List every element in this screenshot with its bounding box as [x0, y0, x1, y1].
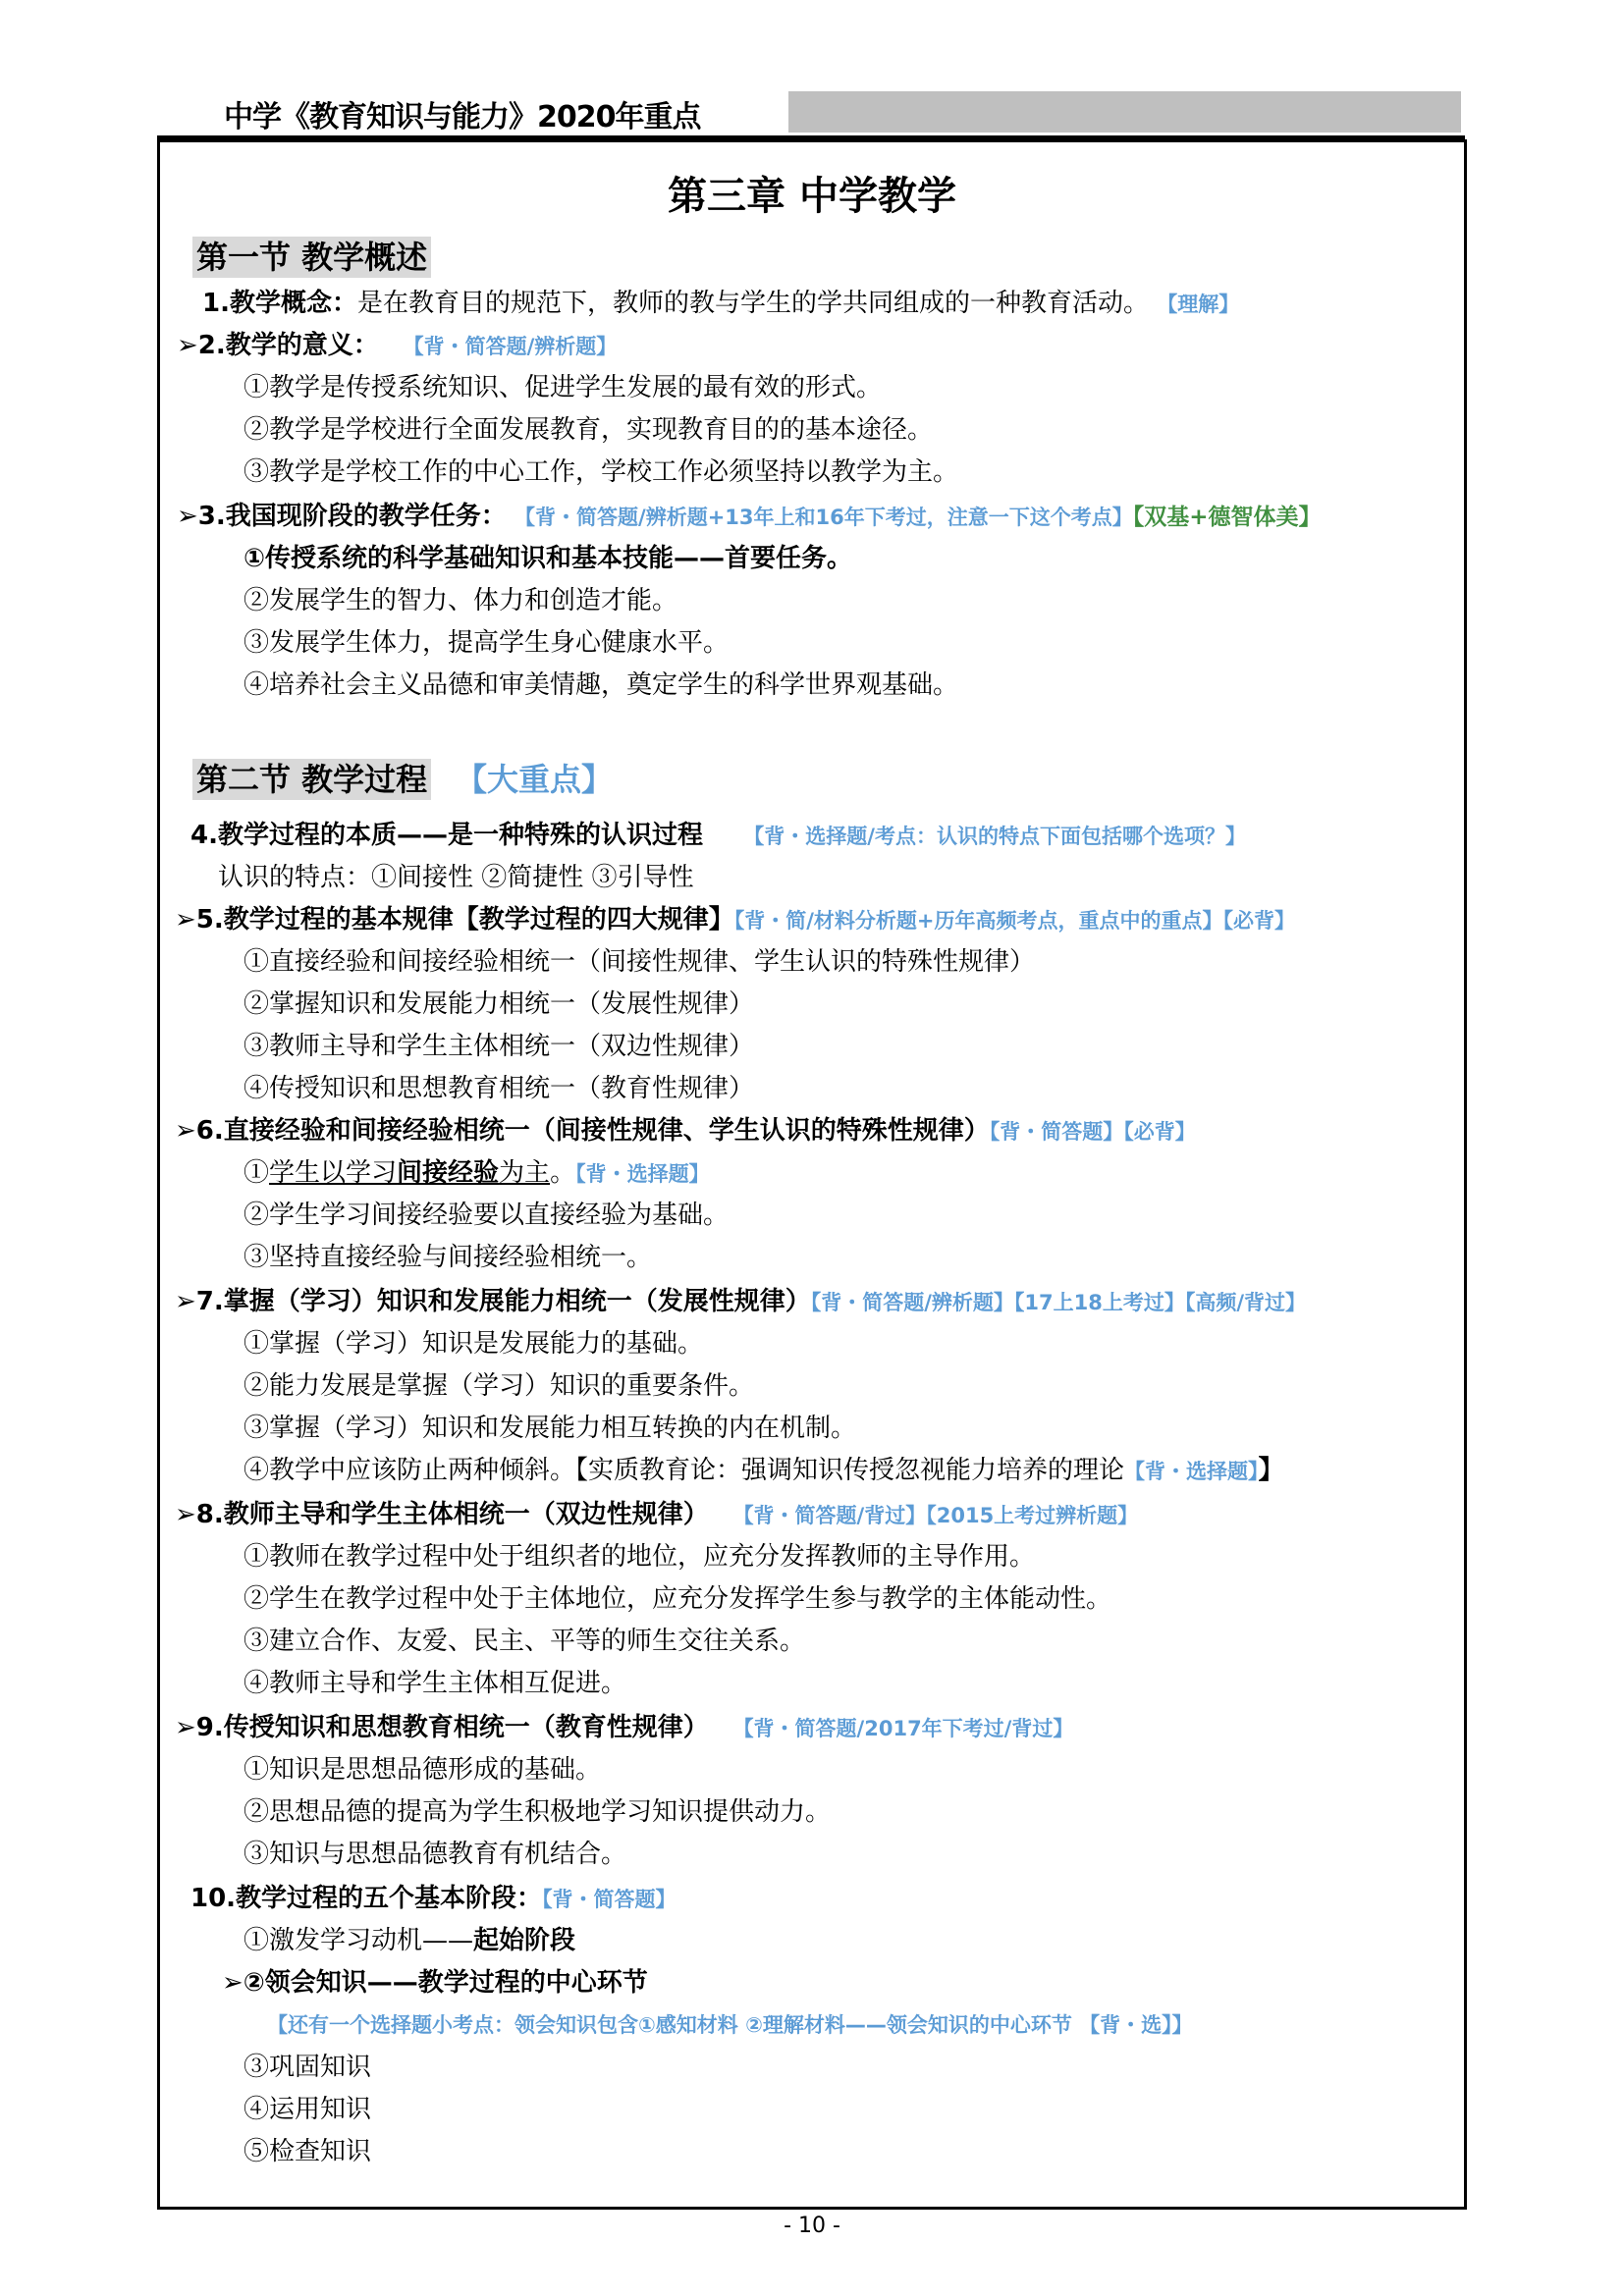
- item-6-point-3: ③坚持直接经验与间接经验相统一。: [244, 1241, 652, 1274]
- item-6: ➢6.直接经验和间接经验相统一（间接性规律、学生认识的特殊性规律）【背・简答题】…: [175, 1114, 1196, 1148]
- chapter-title: 第三章 中学教学: [0, 165, 1624, 221]
- item-5-point-1: ①直接经验和间接经验相统一（间接性规律、学生认识的特殊性规律）: [244, 945, 1035, 979]
- item-3-point-2: ②发展学生的智力、体力和创造才能。: [244, 584, 677, 617]
- item-10: 10.教学过程的五个基本阶段：【背・简答题】: [190, 1882, 677, 1916]
- page-number: - 10 -: [0, 2214, 1624, 2238]
- item-10-stage-2-note: 【还有一个选择题小考点：领会知识包含①感知材料 ②理解材料——领会知识的中心环节…: [267, 2008, 1193, 2042]
- item-8-point-4: ④教师主导和学生主体相互促进。: [244, 1667, 626, 1700]
- item-2-point-1: ①教学是传授系统知识、促进学生发展的最有效的形式。: [244, 371, 882, 404]
- item-5-point-3: ③教师主导和学生主体相统一（双边性规律）: [244, 1030, 754, 1063]
- item-2-point-2: ②教学是学校进行全面发展教育，实现教育目的的基本途径。: [244, 413, 933, 447]
- tag-major-key-point: 【大重点】: [456, 761, 613, 798]
- item-7-point-3: ③掌握（学习）知识和发展能力相互转换的内在机制。: [244, 1412, 856, 1445]
- item-10-stage-4: ④运用知识: [244, 2093, 371, 2126]
- item-3-point-3: ③发展学生体力，提高学生身心健康水平。: [244, 626, 729, 660]
- item-10-stage-5: ⑤检查知识: [244, 2135, 371, 2168]
- item-3-point-1: ①传授系统的科学基础知识和基本技能——首要任务。: [244, 542, 852, 575]
- item-1: 1.教学概念：是在教育目的规范下，教师的教与学生的学共同组成的一种教育活动。 【…: [202, 287, 1239, 321]
- item-9: ➢9.传授知识和思想教育相统一（教育性规律） 【背・简答题/2017年下考过/背…: [175, 1711, 1073, 1745]
- item-2: ➢2.教学的意义： 【背・简答题/辨析题】: [177, 329, 617, 363]
- item-10-stage-2: ➢②领会知识——教学过程的中心环节: [222, 1966, 648, 2000]
- item-8-point-1: ①教师在教学过程中处于组织者的地位，应充分发挥教师的主导作用。: [244, 1540, 1035, 1574]
- item-7-point-2: ②能力发展是掌握（学习）知识的重要条件。: [244, 1369, 754, 1403]
- tag-understand: 【理解】: [1157, 293, 1239, 316]
- item-9-point-3: ③知识与思想品德教育有机结合。: [244, 1838, 626, 1871]
- item-5: ➢5.教学过程的基本规律【教学过程的四大规律】【背・简/材料分析题+历年高频考点…: [175, 903, 1295, 937]
- item-3-point-4: ④培养社会主义品德和审美情趣，奠定学生的科学世界观基础。: [244, 668, 958, 702]
- item-7: ➢7.掌握（学习）知识和发展能力相统一（发展性规律）【背・简答题/辨析题】【17…: [175, 1285, 1306, 1319]
- item-2-point-3: ③教学是学校工作的中心工作，学校工作必须坚持以教学为主。: [244, 455, 958, 489]
- item-10-stage-1: ①激发学习动机——起始阶段: [244, 1924, 575, 1957]
- item-4: 4.教学过程的本质——是一种特殊的认识过程 【背・选择题/考点：认识的特点下面包…: [190, 819, 1246, 853]
- item-3: ➢3.我国现阶段的教学任务： 【背・简答题/辨析题+13年上和16年下考过，注意…: [177, 500, 1322, 534]
- item-10-stage-3: ③巩固知识: [244, 2051, 371, 2084]
- item-5-point-4: ④传授知识和思想教育相统一（教育性规律）: [244, 1072, 754, 1105]
- item-9-point-1: ①知识是思想品德形成的基础。: [244, 1753, 601, 1787]
- item-8-point-3: ③建立合作、友爱、民主、平等的师生交往关系。: [244, 1625, 805, 1658]
- item-8: ➢8.教师主导和学生主体相统一（双边性规律） 【背・简答题/背过】【2015上考…: [175, 1498, 1138, 1532]
- item-6-point-2: ②学生学习间接经验要以直接经验为基础。: [244, 1199, 729, 1232]
- item-8-point-2: ②学生在教学过程中处于主体地位，应充分发挥学生参与教学的主体能动性。: [244, 1582, 1111, 1616]
- item-4-sub: 认识的特点：①间接性 ②简捷性 ③引导性: [218, 861, 694, 894]
- item-6-point-1: ①学生以学习间接经验为主。【背・选择题】: [244, 1156, 710, 1191]
- item-7-point-4: ④教学中应该防止两种倾斜。【实质教育论：强调知识传授忽视能力培养的理论【背・选择…: [244, 1454, 1284, 1488]
- section-heading-2: 第二节 教学过程 【大重点】: [192, 759, 613, 803]
- running-header-title: 中学《教育知识与能力》2020年重点: [224, 92, 701, 135]
- section-heading-1: 第一节 教学概述: [192, 238, 431, 280]
- item-7-point-1: ①掌握（学习）知识是发展能力的基础。: [244, 1327, 703, 1361]
- item-9-point-2: ②思想品德的提高为学生积极地学习知识提供动力。: [244, 1795, 831, 1829]
- item-5-point-2: ②掌握知识和发展能力相统一（发展性规律）: [244, 988, 754, 1021]
- header-gray-bar: [788, 91, 1461, 133]
